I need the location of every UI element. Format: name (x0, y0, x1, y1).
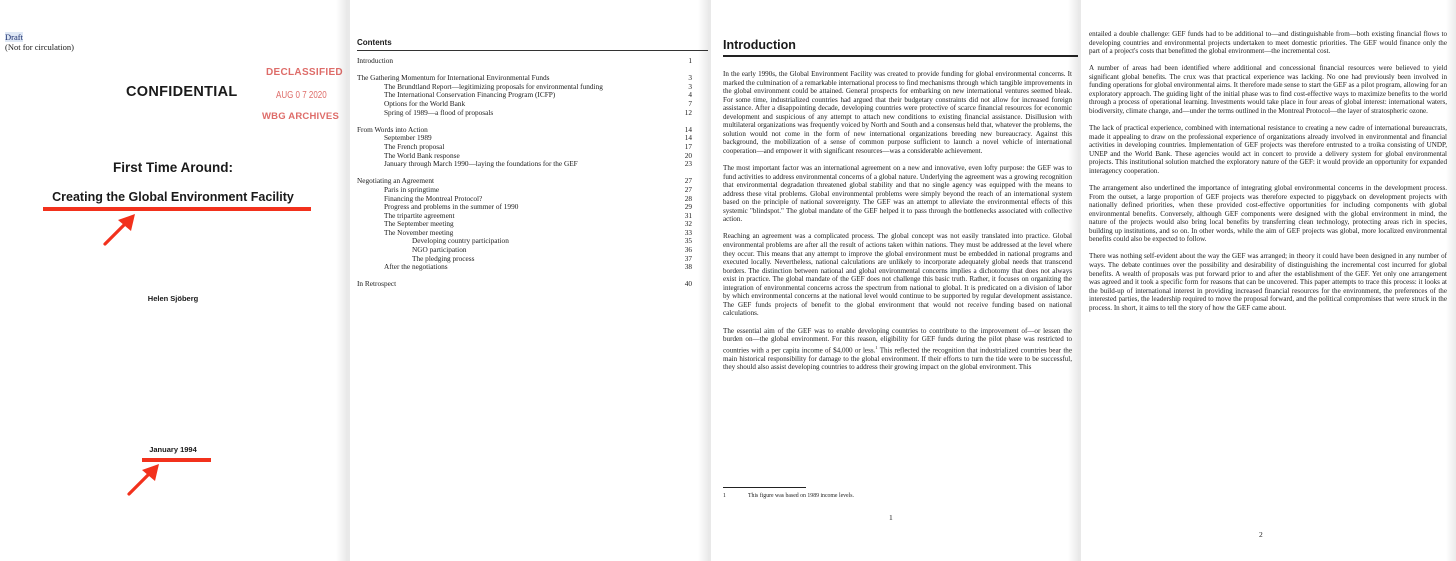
circulation-note: (Not for circulation) (5, 42, 74, 52)
section-heading: Introduction (723, 38, 796, 52)
document-title-line2: Creating the Global Environment Facility (0, 190, 346, 204)
paragraph: In the early 1990s, the Global Environme… (723, 70, 1072, 155)
declassified-stamp: DECLASSIFIED (266, 67, 343, 78)
paragraph: The lack of practical experience, combin… (1089, 124, 1447, 175)
introduction-body: In the early 1990s, the Global Environme… (723, 70, 1072, 380)
paragraph: The most important factor was an interna… (723, 164, 1072, 224)
paragraph: entailed a double challenge: GEF funds h… (1089, 30, 1447, 56)
toc-entry-label: After the negotiations (357, 263, 448, 272)
toc-entry-label: In Retrospect (357, 280, 396, 289)
toc-entry-page: 1 (688, 57, 692, 66)
toc-entry-page: 12 (685, 109, 692, 118)
toc-entry-label: Spring of 1989—a flood of proposals (357, 109, 493, 118)
toc-entry-page: 23 (685, 160, 692, 169)
toc-entry[interactable]: Spring of 1989—a flood of proposals12 (357, 109, 692, 118)
toc-entry[interactable]: After the negotiations38 (357, 263, 692, 272)
page-number: 1 (889, 513, 893, 522)
toc-entry[interactable]: Introduction1 (357, 57, 692, 66)
footnote-rule (723, 487, 806, 488)
page-number: 2 (1259, 530, 1263, 539)
title-underline-annotation (43, 207, 311, 211)
footnote-text: This figure was based on 1989 income lev… (748, 493, 854, 499)
toc-entry[interactable]: In Retrospect40 (357, 280, 692, 289)
arrow-annotation-icon (100, 213, 140, 249)
paragraph-with-footnote: The essential aim of the GEF was to enab… (723, 327, 1072, 372)
paragraph: The arrangement also underlined the impo… (1089, 184, 1447, 244)
page-two: entailed a double challenge: GEF funds h… (1081, 0, 1456, 561)
contents-heading: Contents (357, 38, 392, 47)
paragraph: Reaching an agreement was a complicated … (723, 232, 1072, 317)
toc-entry-label: Introduction (357, 57, 393, 66)
document-date: January 1994 (0, 445, 346, 454)
stamp-date: AUG 0 7 2020 (276, 90, 327, 101)
cover-page: Draft (Not for circulation) CONFIDENTIAL… (0, 0, 346, 561)
arrow-annotation-icon (124, 463, 164, 499)
draft-label: Draft (5, 32, 23, 42)
contents-rule (357, 50, 708, 51)
toc-entry[interactable]: January through March 1990—laying the fo… (357, 160, 692, 169)
toc-entry-page: 38 (685, 263, 692, 272)
contents-page: Contents Introduction1The Gathering Mome… (350, 0, 708, 561)
draft-notice: Draft (Not for circulation) (5, 32, 74, 52)
paragraph: A number of areas had been identified wh… (1089, 64, 1447, 115)
footnote: 1This figure was based on 1989 income le… (723, 493, 854, 499)
classification-heading: CONFIDENTIAL (126, 84, 238, 100)
toc-entry[interactable]: NGO participation36 (357, 246, 692, 255)
stamp-archive: WBG ARCHIVES (262, 111, 339, 122)
contents-list: Introduction1The Gathering Momentum for … (357, 57, 692, 289)
toc-entry[interactable]: Developing country participation35 (357, 237, 692, 246)
introduction-page: Introduction In the early 1990s, the Glo… (711, 0, 1078, 561)
toc-entry[interactable]: The November meeting33 (357, 229, 692, 238)
document-title-line1: First Time Around: (0, 160, 346, 175)
author-name: Helen Sjöberg (0, 294, 346, 303)
heading-rule (723, 55, 1078, 57)
toc-entry-page: 40 (685, 280, 692, 289)
footnote-number: 1 (723, 493, 748, 499)
toc-entry-label: January through March 1990—laying the fo… (357, 160, 578, 169)
paragraph: There was nothing self-evident about the… (1089, 252, 1447, 312)
page-two-body: entailed a double challenge: GEF funds h… (1089, 30, 1447, 321)
date-underline-annotation (142, 458, 211, 462)
